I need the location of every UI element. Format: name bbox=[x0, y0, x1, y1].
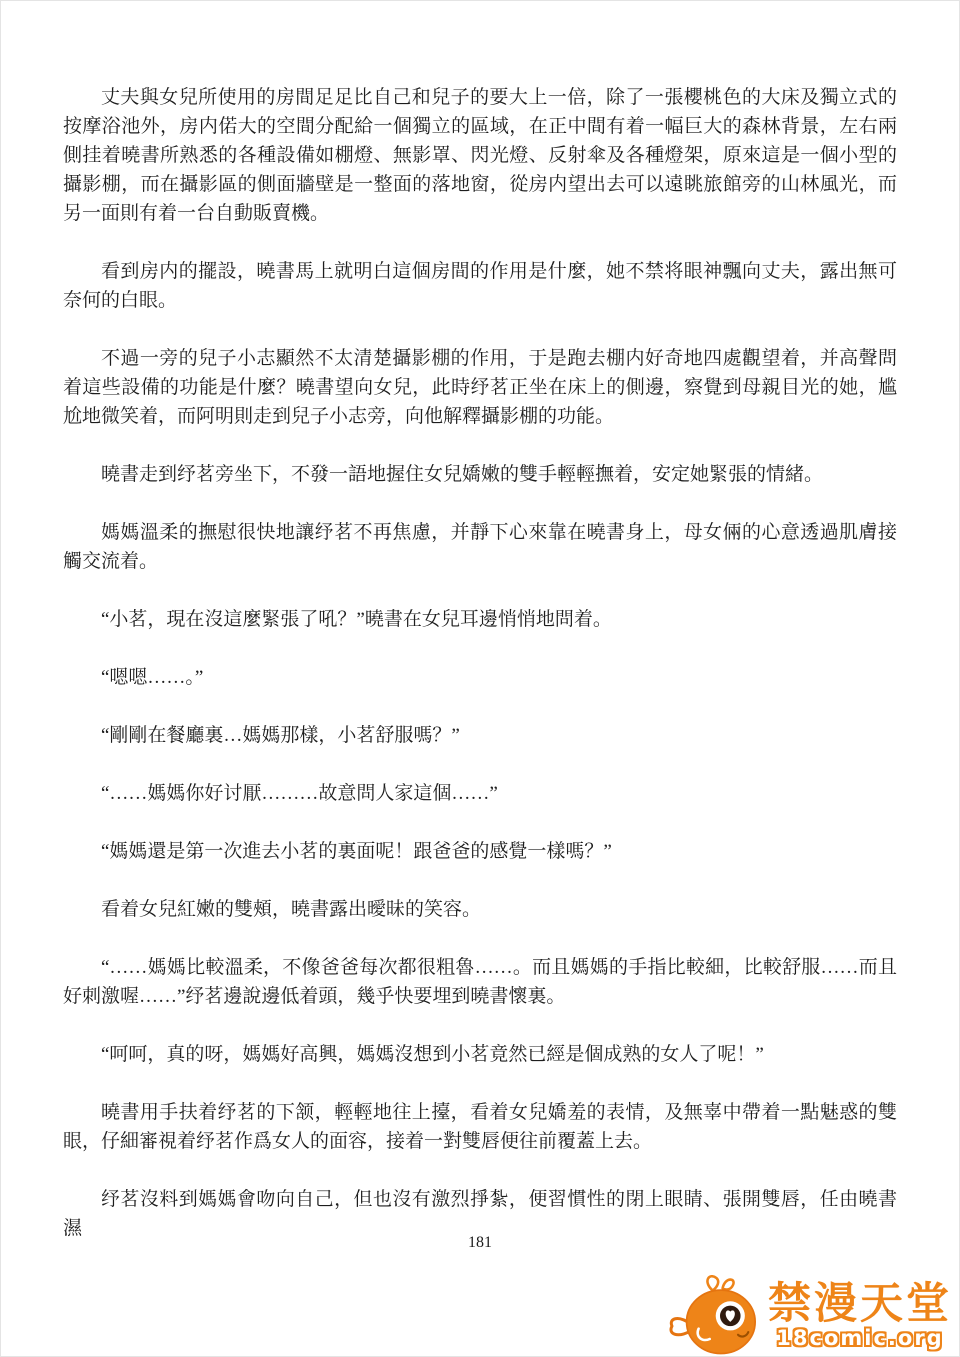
paragraph-2: 看到房内的擺設，曉書馬上就明白這個房間的作用是什麼，她不禁将眼神飄向丈夫，露出無… bbox=[63, 257, 897, 315]
site-url: 18comic.org bbox=[776, 1327, 943, 1350]
paragraph-8: “剛剛在餐廳裏…媽媽那樣，小茗舒服嗎？” bbox=[63, 721, 897, 750]
body-text: 丈夫與女兒所使用的房間足足比自己和兒子的要大上一倍，除了一張櫻桃色的大床及獨立式… bbox=[63, 83, 897, 1272]
paragraph-9: “……媽媽你好讨厭………故意問人家這個……” bbox=[63, 779, 897, 808]
watermark-text: 禁漫天堂 18comic.org bbox=[768, 1281, 952, 1350]
paragraph-5: 媽媽溫柔的撫慰很快地讓纾茗不再焦慮，并靜下心來靠在曉書身上，母女倆的心意透過肌膚… bbox=[63, 518, 897, 576]
paragraph-12: “……媽媽比較溫柔，不像爸爸每次都很粗魯……。而且媽媽的手指比較細，比較舒服……… bbox=[63, 953, 897, 1011]
site-name: 禁漫天堂 bbox=[768, 1281, 952, 1327]
paragraph-3: 不過一旁的兒子小志顯然不太清楚攝影棚的作用，于是跑去棚内好奇地四處觀望着，并高聲… bbox=[63, 344, 897, 431]
paragraph-13: “呵呵，真的呀，媽媽好高興，媽媽沒想到小茗竟然已經是個成熟的女人了呢！” bbox=[63, 1040, 897, 1069]
orange-whale-mascot-icon bbox=[666, 1275, 762, 1355]
paragraph-1: 丈夫與女兒所使用的房間足足比自己和兒子的要大上一倍，除了一張櫻桃色的大床及獨立式… bbox=[63, 83, 897, 228]
site-watermark: 禁漫天堂 18comic.org bbox=[666, 1275, 952, 1355]
paragraph-7: “嗯嗯……。” bbox=[63, 663, 897, 692]
paragraph-14: 曉書用手扶着纾茗的下颔，輕輕地往上擡，看着女兒嬌羞的表情，及無辜中帶着一點魅惑的… bbox=[63, 1098, 897, 1156]
paragraph-6: “小茗，現在沒這麼緊張了吼？”曉書在女兒耳邊悄悄地問着。 bbox=[63, 605, 897, 634]
paragraph-4: 曉書走到纾茗旁坐下，不發一語地握住女兒嬌嫩的雙手輕輕撫着，安定她緊張的情緒。 bbox=[63, 460, 897, 489]
document-page: 丈夫與女兒所使用的房間足足比自己和兒子的要大上一倍，除了一張櫻桃色的大床及獨立式… bbox=[0, 0, 960, 1357]
paragraph-10: “媽媽還是第一次進去小茗的裏面呢！跟爸爸的感覺一樣嗎？” bbox=[63, 837, 897, 866]
paragraph-11: 看着女兒紅嫩的雙頰，曉書露出曖昧的笑容。 bbox=[63, 895, 897, 924]
page-number: 181 bbox=[0, 1234, 960, 1252]
